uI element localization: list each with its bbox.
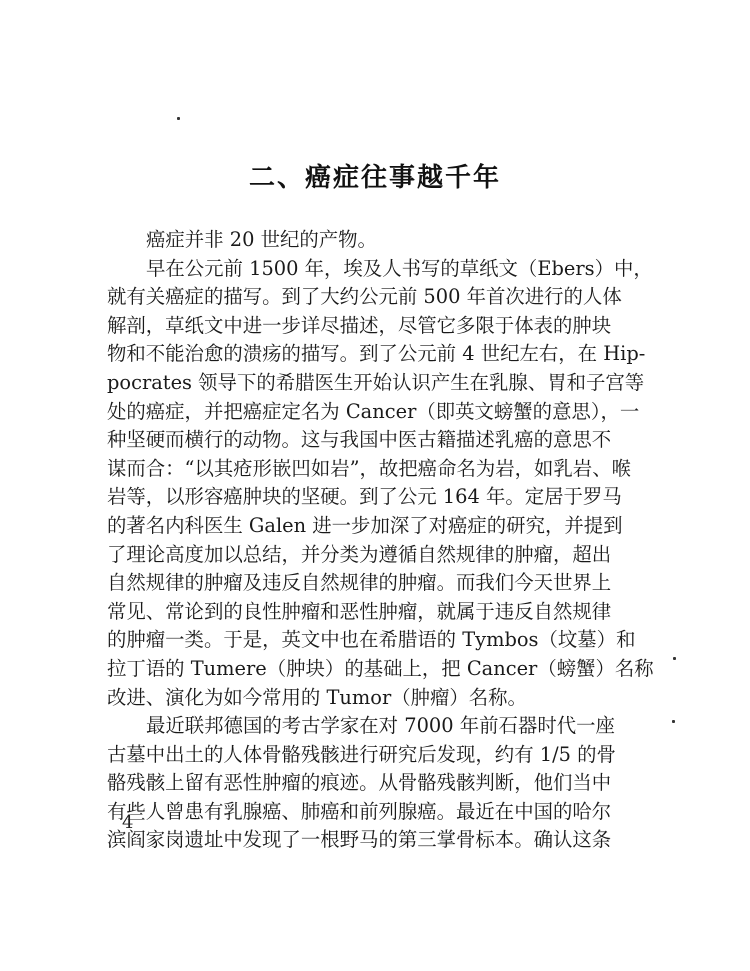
text-line: 就有关癌症的描写。到了大约公元前 500 年首次进行的人体 (107, 283, 595, 312)
text-line: 骼残骸上留有恶性肿瘤的痕迹。从骨骼残骸判断，他们当中 (107, 769, 595, 798)
text-line: 拉丁语的 Tumere（肿块）的基础上，把 Cancer（螃蟹）名称 (107, 655, 595, 684)
text-line: 种坚硬而横行的动物。这与我国中医古籍描述乳癌的意思不 (107, 426, 595, 455)
text-line: 自然规律的肿瘤及违反自然规律的肿瘤。而我们今天世界上 (107, 569, 595, 598)
page-number: 4 (122, 812, 133, 833)
text-line: 改进、演化为如今常用的 Tumor（肿瘤）名称。 (107, 684, 595, 713)
text-line: 有些人曾患有乳腺癌、肺癌和前列腺癌。最近在中国的哈尔 (107, 798, 595, 827)
text-line: 古墓中出土的人体骨骼残骸进行研究后发现，约有 1/5 的骨 (107, 741, 595, 770)
scan-speck (672, 720, 675, 723)
text-line: 最近联邦德国的考古学家在对 7000 年前石器时代一座 (107, 712, 595, 741)
text-line: 了理论高度加以总结，并分类为遵循自然规律的肿瘤，超出 (107, 541, 595, 570)
text-line: 的著名内科医生 Galen 进一步加深了对癌症的研究，并提到 (107, 512, 595, 541)
text-line: 岩等，以形容癌肿块的坚硬。到了公元 164 年。定居于罗马 (107, 483, 595, 512)
text-line: pocrates 领导下的希腊医生开始认识产生在乳腺、胃和子宫等 (107, 369, 595, 398)
scan-speck (177, 117, 180, 120)
body-text: 癌症并非 20 世纪的产物。 早在公元前 1500 年，埃及人书写的草纸文（Eb… (107, 226, 595, 855)
text-line: 滨阎家岗遗址中发现了一根野马的第三掌骨标本。确认这条 (107, 826, 595, 855)
text-line: 处的癌症，并把癌症定名为 Cancer（即英文螃蟹的意思），一 (107, 398, 595, 427)
text-line: 的肿瘤一类。于是，英文中也在希腊语的 Tymbos（坟墓）和 (107, 626, 595, 655)
text-line: 物和不能治愈的溃疡的描写。到了公元前 4 世纪左右，在 Hip- (107, 340, 595, 369)
chapter-title: 二、癌症往事越千年 (0, 157, 750, 194)
text-line: 谋而合：“以其疮形嵌凹如岩”，故把癌命名为岩，如乳岩、喉 (107, 455, 595, 484)
scan-speck (673, 657, 676, 660)
text-line: 解剖，草纸文中进一步详尽描述，尽管它多限于体表的肿块 (107, 312, 595, 341)
text-line: 癌症并非 20 世纪的产物。 (107, 226, 595, 255)
text-line: 早在公元前 1500 年，埃及人书写的草纸文（Ebers）中， (107, 255, 595, 284)
text-line: 常见、常论到的良性肿瘤和恶性肿瘤，就属于违反自然规律 (107, 598, 595, 627)
